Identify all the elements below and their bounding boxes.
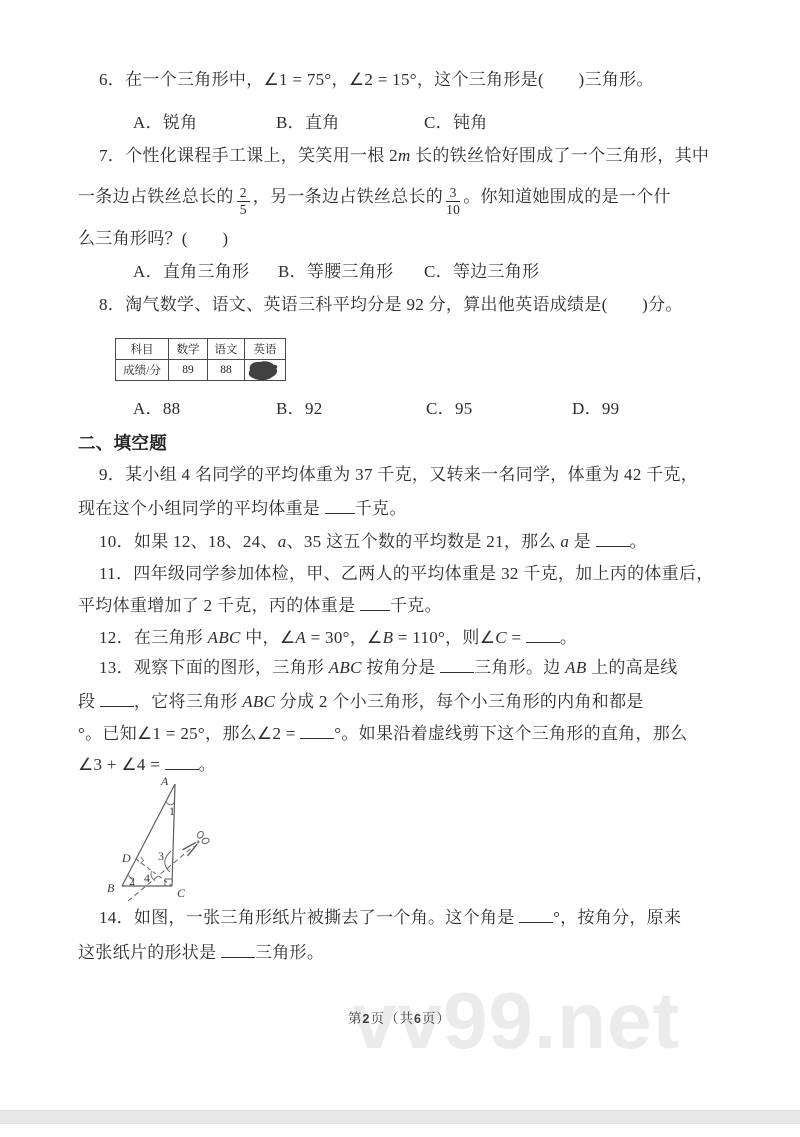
frac-numerator: 3 — [446, 186, 460, 202]
answer-blank — [165, 755, 199, 770]
q7-l1-post: 长的铁丝恰好围成了一个三角形，其中 — [411, 146, 710, 165]
answer-blank — [360, 596, 390, 611]
q12-s1: 12．在三角形 — [99, 628, 208, 647]
question-13-line1: 13．观察下面的图形，三角形 ABC 按角分是 三角形。边 AB 上的高是线 — [99, 656, 678, 680]
q9-l2-post: 千克。 — [355, 499, 407, 518]
q13-l3-pre: °。已知∠1 = 25°，那么∠2 = — [78, 724, 300, 743]
q13-l1s4: 上的高是线 — [587, 658, 678, 677]
q14-l2-pre: 这张纸片的形状是 — [78, 943, 221, 962]
angle-3-arc — [165, 851, 171, 872]
ink-blot-icon — [246, 360, 280, 382]
perpendicular-mark — [140, 857, 144, 864]
q11-l2-pre: 平均体重增加了 2 千克，丙的体重是 — [78, 596, 360, 615]
q13-l2s3: 分成 2 个小三角形，每个小三角形的内角和都是 — [275, 692, 643, 711]
vertex-label-b: B — [107, 881, 115, 895]
q7-l2-post: 。你知道她围成的是一个什 — [463, 187, 671, 206]
answer-blank — [519, 908, 553, 923]
footer-text: 页） — [422, 1011, 451, 1026]
q12-s5: = — [507, 628, 526, 647]
option-a: A．锐角 — [133, 111, 197, 135]
question-7-line3: 么三角形吗？( ) — [78, 227, 228, 251]
side-ac — [172, 784, 175, 886]
q13-var-abc: ABC — [242, 692, 275, 711]
q12-s6: 。 — [560, 628, 577, 647]
vertex-label-c: C — [177, 886, 186, 900]
option-a: A．88 — [133, 397, 180, 421]
option-c: C．钝角 — [424, 111, 488, 135]
question-13-line2: 段 ，它将三角形 ABC 分成 2 个小三角形，每个小三角形的内角和都是 — [78, 690, 644, 714]
header-chinese: 语文 — [208, 339, 245, 360]
question-7-line1: 7．个性化课程手工课上，笑笑用一根 2m 长的铁丝恰好围成了一个三角形，其中 — [99, 144, 709, 168]
total-page-number: 6 — [414, 1012, 422, 1026]
vertex-label-a: A — [160, 774, 169, 788]
q13-l1s2: 按角分是 — [362, 658, 440, 677]
question-12-text: 12．在三角形 ABC 中，∠A = 30°，∠B = 110°，则∠C = 。 — [99, 626, 577, 650]
option-b: B．直角 — [276, 111, 340, 135]
q10-var-a: a — [560, 532, 569, 551]
fraction-two-fifths: 25 — [237, 186, 250, 217]
q10-s3: 是 — [569, 532, 595, 551]
q12-var-b: B — [383, 628, 394, 647]
q10-s1: 10．如果 12、18、24、 — [99, 532, 278, 551]
option-a: A．直角三角形 — [133, 260, 249, 284]
option-d: D．99 — [572, 397, 619, 421]
header-subject: 科目 — [116, 339, 169, 360]
q7-l2-mid: ，另一条边占铁丝总长的 — [253, 187, 443, 206]
question-14-line1: 14．如图，一张三角形纸片被撕去了一个角。这个角是 °，按角分，原来 — [99, 906, 681, 930]
table-score-row: 成绩/分 89 88 — [116, 360, 286, 381]
worksheet-page: vv99.net 6．在一个三角形中，∠1 = 75°，∠2 = 15°，这个三… — [0, 0, 800, 1137]
triangle-figure: A B C D 1 2 3 4 — [95, 772, 310, 907]
height-dc — [136, 859, 172, 886]
english-score-cell — [245, 360, 286, 381]
q11-l2-post: 千克。 — [390, 596, 442, 615]
angle-label-1: 1 — [169, 804, 175, 818]
q7-l2-pre: 一条边占铁丝总长的 — [78, 187, 234, 206]
question-6-text: 6．在一个三角形中，∠1 = 75°，∠2 = 15°，这个三角形是( )三角形… — [99, 68, 654, 92]
answer-blank — [221, 943, 255, 958]
q13-var-abc: ABC — [329, 658, 362, 677]
section-2-title: 二、填空题 — [78, 431, 167, 455]
q13-l3-post: °。如果沿着虚线剪下这个三角形的直角，那么 — [334, 724, 687, 743]
question-14-line2: 这张纸片的形状是 三角形。 — [78, 941, 324, 965]
q12-s4: = 110°，则∠ — [393, 628, 495, 647]
q13-l1s3: 三角形。边 — [474, 658, 565, 677]
scissors-icon — [180, 829, 211, 859]
footer-text: 页（共 — [370, 1011, 414, 1026]
frac-numerator: 2 — [237, 186, 250, 202]
question-9-line2: 现在这个小组同学的平均体重是 千克。 — [78, 497, 407, 521]
frac-denominator: 10 — [446, 202, 460, 217]
q13-l1s1: 13．观察下面的图形，三角形 — [99, 658, 329, 677]
q12-s3: = 30°，∠ — [306, 628, 383, 647]
angle-label-2: 2 — [129, 874, 135, 888]
q13-l2s2: ，它将三角形 — [134, 692, 242, 711]
answer-blank — [596, 532, 630, 547]
score-table: 科目 数学 语文 英语 成绩/分 89 88 — [115, 338, 286, 381]
answer-blank — [300, 724, 334, 739]
q9-l2-pre: 现在这个小组同学的平均体重是 — [78, 499, 325, 518]
vertex-label-d: D — [121, 851, 131, 865]
answer-blank — [440, 658, 474, 673]
answer-blank — [100, 692, 134, 707]
question-8-text: 8．淘气数学、语文、英语三科平均分是 92 分，算出他英语成绩是( )分。 — [99, 293, 683, 317]
q14-l1-post: °，按角分，原来 — [553, 908, 681, 927]
page-separator — [0, 1110, 800, 1124]
header-math: 数学 — [169, 339, 208, 360]
q14-l1-pre: 14．如图，一张三角形纸片被撕去了一个角。这个角是 — [99, 908, 519, 927]
q12-var-a: A — [295, 628, 306, 647]
q10-s4: 。 — [630, 532, 647, 551]
page-number-footer: 第2页（共6页） — [348, 1007, 451, 1027]
question-7-line2: 一条边占铁丝总长的25，另一条边占铁丝总长的310。你知道她围成的是一个什 — [78, 185, 671, 217]
question-9-line1: 9．某小组 4 名同学的平均体重为 37 千克，又转来一名同学，体重为 42 千… — [99, 463, 698, 487]
row-label: 成绩/分 — [116, 360, 169, 381]
angle-label-3: 3 — [158, 849, 164, 863]
q12-var-c: C — [495, 628, 507, 647]
q10-s2: 、35 这五个数的平均数是 21，那么 — [287, 532, 561, 551]
question-13-line3: °。已知∠1 = 25°，那么∠2 = °。如果沿着虚线剪下这个三角形的直角，那… — [78, 722, 687, 746]
q13-l2s1: 段 — [78, 692, 100, 711]
fraction-three-tenths: 310 — [446, 186, 460, 217]
question-10-text: 10．如果 12、18、24、a、35 这五个数的平均数是 21，那么 a 是 … — [99, 530, 647, 554]
frac-denominator: 5 — [237, 202, 250, 217]
q12-s2: 中，∠ — [241, 628, 296, 647]
q7-l1-pre: 7．个性化课程手工课上，笑笑用一根 2 — [99, 146, 398, 165]
option-b: B．92 — [276, 397, 323, 421]
option-b: B．等腰三角形 — [278, 260, 393, 284]
question-11-line2: 平均体重增加了 2 千克，丙的体重是 千克。 — [78, 594, 442, 618]
q14-l2-post: 三角形。 — [255, 943, 324, 962]
answer-blank — [325, 499, 355, 514]
q7-var-m: m — [398, 146, 411, 165]
header-english: 英语 — [245, 339, 286, 360]
q13-var-ab: AB — [565, 658, 586, 677]
q12-var-abc: ABC — [208, 628, 241, 647]
footer-text: 第 — [348, 1011, 363, 1026]
answer-blank — [526, 628, 560, 643]
option-c: C．等边三角形 — [424, 260, 539, 284]
q10-var-a: a — [278, 532, 287, 551]
question-11-line1: 11．四年级同学参加体检，甲、乙两人的平均体重是 32 千克，加上丙的体重后， — [99, 562, 714, 586]
option-c: C．95 — [426, 397, 473, 421]
table-header-row: 科目 数学 语文 英语 — [116, 339, 286, 360]
math-score-cell: 89 — [169, 360, 208, 381]
angle-label-4: 4 — [144, 871, 150, 885]
chinese-score-cell: 88 — [208, 360, 245, 381]
